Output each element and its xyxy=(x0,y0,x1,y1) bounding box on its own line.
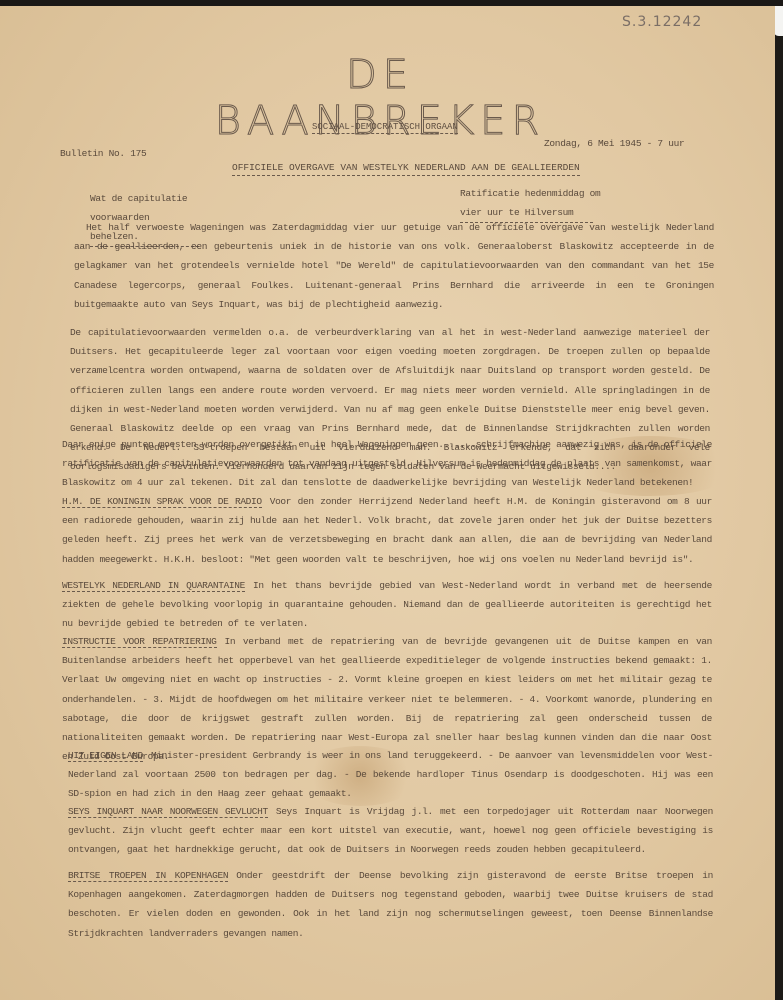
article-section: SEYS INQUART NAAR NOORWEGEN GEVLUCHTSeys… xyxy=(68,802,713,860)
archive-number: S.3.12242 xyxy=(622,14,702,30)
article-paragraph: Het half verwoeste Wageningen was Zaterd… xyxy=(74,218,714,314)
bulletin-number: Bulletin No. 175 xyxy=(60,144,146,163)
section-heading: INSTRUCTIE VOOR REPATRIERING xyxy=(62,636,217,648)
section-heading: SEYS INQUART NAAR NOORWEGEN GEVLUCHT xyxy=(68,806,268,818)
dateline: Zondag, 6 Mei 1945 - 7 uur xyxy=(544,134,684,153)
article-paragraph: Daar enige punten moesten worden overget… xyxy=(62,435,712,493)
article-section: UIT EIGEN LANDMinister-president Gerbran… xyxy=(68,746,713,804)
section-text: In verband met de repatriering van de be… xyxy=(62,636,712,762)
article-section: H.M. DE KONINGIN SPRAK VOOR DE RADIOVoor… xyxy=(62,492,712,569)
paragraph-text: Het half verwoeste Wageningen was Zaterd… xyxy=(74,222,714,310)
article-section: WESTELYK NEDERLAND IN QUARANTAINEIn het … xyxy=(62,576,712,634)
main-headline: OFFICIELE OVERGAVE VAN WESTELYK NEDERLAN… xyxy=(232,162,580,176)
section-heading: H.M. DE KONINGIN SPRAK VOOR DE RADIO xyxy=(62,496,262,508)
section-heading: WESTELYK NEDERLAND IN QUARANTAINE xyxy=(62,580,245,592)
section-heading: UIT EIGEN LAND xyxy=(68,750,143,762)
section-text: Minister-president Gerbrandy is weer in … xyxy=(68,750,713,799)
section-heading: BRITSE TROEPEN IN KOPENHAGEN xyxy=(68,870,228,882)
newspaper-page: S.3.12242 DE BAANBREKER SOCIAAL-DEMOCRAT… xyxy=(0,6,775,1000)
subtitle: SOCIAAL-DEMOCRATISCH ORGAAN xyxy=(312,122,458,134)
article-section: BRITSE TROEPEN IN KOPENHAGENOnder geestd… xyxy=(68,866,713,943)
paragraph-text: Daar enige punten moesten worden overget… xyxy=(62,439,712,488)
deck-right-line: Ratificatie hedenmiddag om xyxy=(460,184,620,203)
